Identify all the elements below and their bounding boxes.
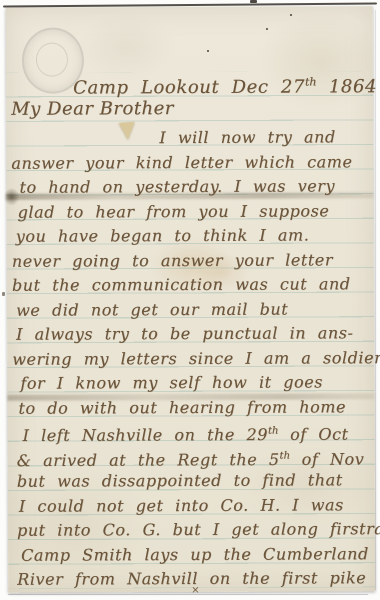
letter-line: Camp Smith lays up the Cumberland [21, 542, 373, 568]
salutation: My Dear Brother [11, 95, 371, 122]
letter-line: but the communication was cut and [12, 272, 372, 298]
paper-speck [207, 50, 209, 52]
paper-speck [2, 292, 5, 296]
letter-line: never going to answer your letter [12, 248, 372, 274]
letter-line: wering my letters since I am a soldier [12, 346, 372, 372]
letter-line: to do with out hearing from home [18, 395, 372, 421]
letter-line: glad to hear from you I suppose [18, 199, 372, 225]
letter-line: for I know my self how it goes [20, 370, 372, 396]
letter-body: I will now try and answer your kind lett… [11, 125, 373, 592]
letter-line: to hand on yesterday. I was very [19, 174, 371, 200]
letter-line: put into Co. G. but I get along firstrat… [17, 517, 373, 543]
letter-line: I will now try and [159, 125, 371, 150]
paper-right-edge [375, 10, 376, 590]
letter-line: & arived at the Regt the 5th of Nov [17, 444, 373, 470]
paper-speck [266, 28, 268, 30]
scanned-letter-page: Camp Lookout Dec 27th 1864 My Dear Broth… [0, 0, 380, 600]
letter-line: you have began to think I am. [16, 223, 372, 249]
paper-speck [250, 0, 257, 3]
stray-pen-mark: × [191, 587, 199, 594]
letter-line: but was dissappointed to find that [17, 468, 373, 494]
date-line: Camp Lookout Dec 27th 1864 [73, 69, 371, 96]
letter-paper: Camp Lookout Dec 27th 1864 My Dear Broth… [6, 6, 376, 593]
letter-line: I could not get into Co. H. I was [19, 493, 373, 519]
handwritten-text: Camp Lookout Dec 27th 1864 My Dear Broth… [11, 69, 373, 592]
letter-line: I left Nashville on the 29th of Oct [23, 419, 373, 445]
paper-bottom-edge [8, 594, 368, 595]
letter-line: I always try to be punctual in ans- [16, 321, 372, 347]
letter-line: answer your kind letter which came [11, 150, 371, 176]
paper-speck [290, 14, 292, 16]
letter-line: we did not get our mail but [16, 297, 372, 323]
